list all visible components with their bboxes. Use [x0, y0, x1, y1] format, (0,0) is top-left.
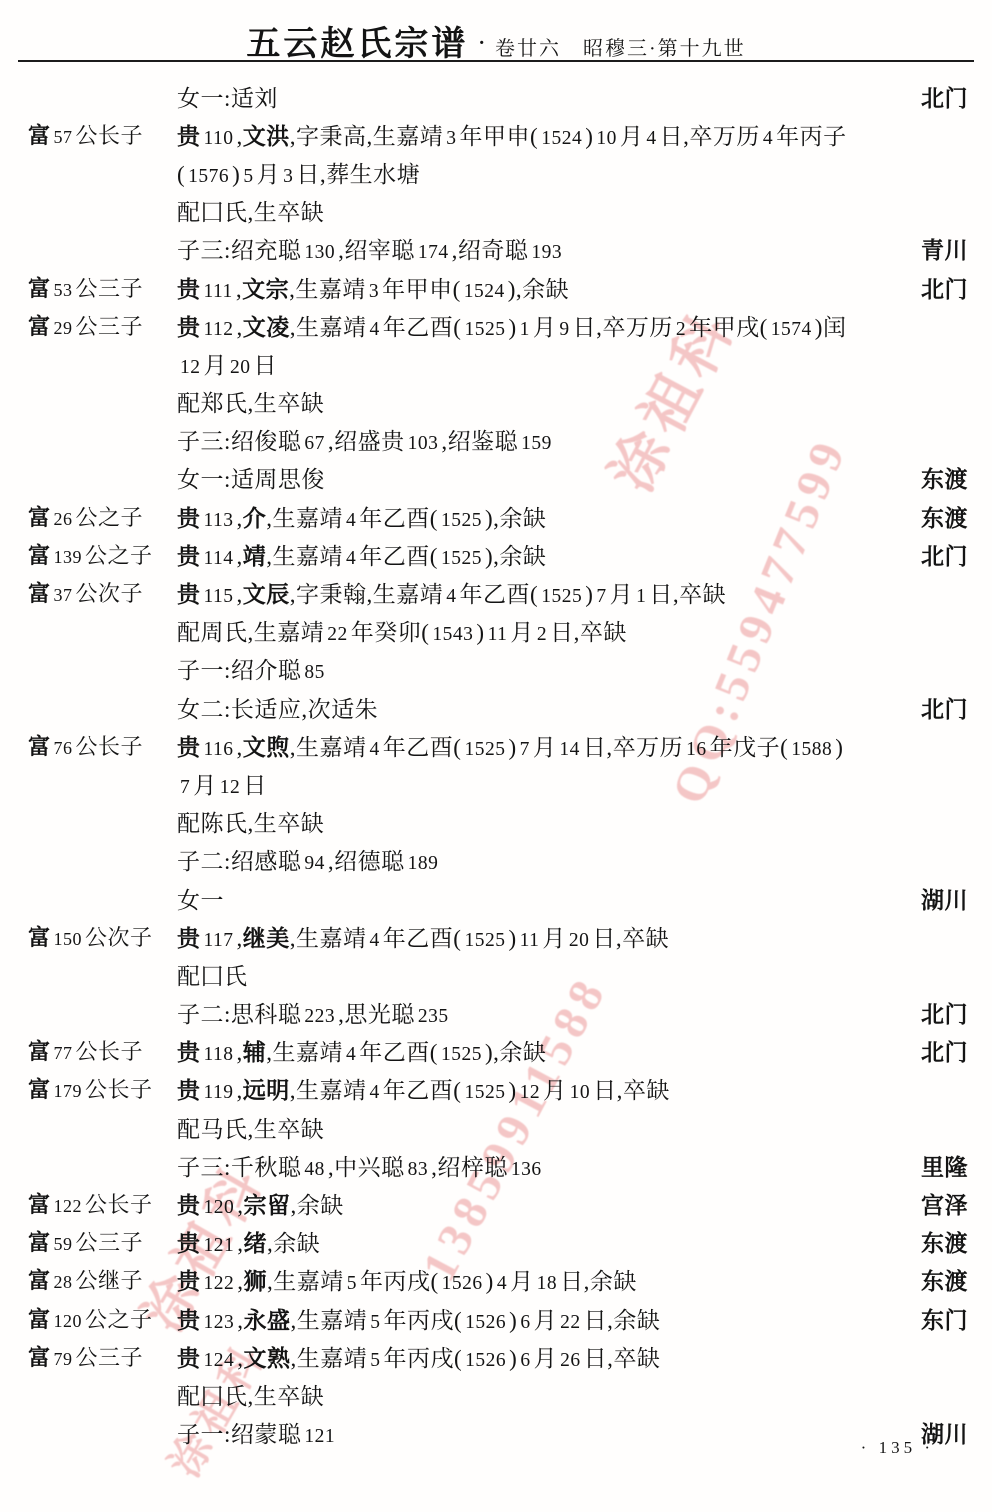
- entry-text: 贵119,远明,生嘉靖4年乙酉(1525)12月10日,卒缺: [177, 1072, 900, 1105]
- text-segment: 继美: [243, 926, 290, 951]
- text-segment: ),余缺: [485, 544, 546, 569]
- numeral: 115: [204, 586, 234, 607]
- text-segment: 子二:绍感聪: [177, 849, 301, 874]
- numeral: 79: [54, 1349, 73, 1369]
- entry-label: 富77公长子: [0, 1035, 177, 1066]
- continuation-row: 女二:长适应,次适朱北门: [0, 688, 992, 726]
- text-segment: 配囗氏,生卒缺: [177, 200, 324, 225]
- numeral: 6: [520, 1350, 530, 1371]
- entry-text: 贵122,狮,生嘉靖5年丙戌(1526)4月18日,余缺: [177, 1263, 900, 1296]
- text-segment: ,生嘉靖: [291, 1346, 368, 1371]
- numeral: 1526: [442, 1273, 483, 1294]
- entry-text: 贵115,文辰,字秉翰,生嘉靖4年乙酉(1525)7月1日,卒缺: [177, 576, 900, 609]
- numeral: 1526: [465, 1350, 506, 1371]
- text-segment: 富: [28, 734, 51, 759]
- numeral: 1526: [465, 1312, 506, 1333]
- entry-text: 贵118,辅,生嘉靖4年乙酉(1525),余缺: [177, 1034, 900, 1067]
- entry-label: 富26公之子: [0, 501, 177, 532]
- text-segment: 女一: [177, 888, 224, 913]
- text-segment: ,字秉翰,生嘉靖: [290, 582, 444, 607]
- text-segment: ,生嘉靖: [266, 1040, 343, 1065]
- text-segment: 贵: [177, 1308, 201, 1333]
- entry-text: 配郑氏,生卒缺: [177, 385, 900, 418]
- text-segment: 绪: [244, 1231, 268, 1256]
- text-segment: ,生嘉靖: [291, 1308, 368, 1333]
- text-segment: ): [585, 582, 593, 607]
- text-segment: 日,卒万历: [573, 315, 673, 340]
- entry-text: 贵114,靖,生嘉靖4年乙酉(1525),余缺: [177, 538, 900, 571]
- text-segment: 年丙戌(: [360, 1269, 439, 1294]
- numeral: 1: [636, 586, 646, 607]
- page-header: 五云赵氏宗谱 · 卷廿六 昭穆三·第十九世: [0, 16, 992, 65]
- text-segment: 日,卒万历: [583, 735, 683, 760]
- text-segment: 贵: [177, 506, 201, 531]
- text-segment: 月: [510, 620, 534, 645]
- text-segment: 贵: [177, 315, 201, 340]
- numeral: 235: [418, 1006, 449, 1027]
- text-segment: 富: [28, 1192, 51, 1217]
- entry-text: 贵110,文洪,字秉高,生嘉靖3年甲申(1524)10月4日,卒万历4年丙子: [177, 118, 900, 151]
- continuation-row: 子三:千秋聪48,中兴聪83,绍梓聪136里隆: [0, 1146, 992, 1184]
- numeral: 11: [488, 624, 508, 645]
- entry-text: 贵116,文煦,生嘉靖4年乙酉(1525)7月14日,卒万历16年戊子(1588…: [177, 729, 900, 762]
- genealogy-list: 女一:适刘北门富57公长子贵110,文洪,字秉高,生嘉靖3年甲申(1524)10…: [0, 77, 992, 1452]
- numeral: 174: [418, 242, 449, 263]
- entry-text: 贵121,绪,余缺: [177, 1225, 900, 1258]
- entry-row: 富122公长子贵120,宗留,余缺宫泽: [0, 1184, 992, 1222]
- text-segment: 公长子: [76, 123, 144, 148]
- text-segment: 宗留: [244, 1193, 291, 1218]
- continuation-row: 配囗氏,生卒缺: [0, 192, 992, 230]
- text-segment: ,生嘉靖: [290, 735, 367, 760]
- text-segment: ,绍奇聪: [452, 238, 529, 263]
- numeral: 4: [370, 739, 380, 760]
- entry-text: 女一:适刘: [177, 80, 900, 113]
- text-segment: 公之子: [85, 543, 153, 568]
- entry-label: 富122公长子: [0, 1188, 177, 1219]
- text-segment: ): [585, 124, 593, 149]
- text-segment: ,绍盛贵: [328, 429, 405, 454]
- numeral: 12: [520, 1082, 541, 1103]
- entry-text: 女二:长适应,次适朱: [177, 691, 900, 724]
- text-segment: 公长子: [85, 1192, 153, 1217]
- text-segment: 日,卒缺: [649, 582, 726, 607]
- branch-tag: 青川: [900, 232, 992, 265]
- numeral: 26: [54, 509, 73, 529]
- header-divider: [18, 60, 974, 62]
- entry-label: 富76公长子: [0, 730, 177, 761]
- numeral: 1525: [441, 1044, 482, 1065]
- branch-tag: 东渡: [900, 500, 992, 533]
- numeral: 103: [408, 433, 439, 454]
- entry-row: 富76公长子贵116,文煦,生嘉靖4年乙酉(1525)7月14日,卒万历16年戊…: [0, 726, 992, 764]
- entry-text: 贵124,文熟,生嘉靖5年丙戌(1526)6月26日,卒缺: [177, 1340, 900, 1373]
- numeral: 122: [54, 1196, 83, 1216]
- entry-text: 贵117,继美,生嘉靖4年乙酉(1525)11月20日,卒缺: [177, 920, 900, 953]
- text-segment: 富: [28, 1345, 51, 1370]
- numeral: 26: [560, 1350, 581, 1371]
- numeral: 120: [204, 1197, 235, 1218]
- text-segment: 月: [204, 353, 228, 378]
- numeral: 110: [204, 128, 234, 149]
- text-segment: 女一:适周思俊: [177, 467, 325, 492]
- text-segment: ,思光聪: [338, 1002, 415, 1027]
- numeral: 7: [520, 739, 530, 760]
- text-segment: 贵: [177, 544, 201, 569]
- text-segment: 配陈氏,生卒缺: [177, 811, 324, 836]
- continuation-row: 女一:适刘北门: [0, 77, 992, 115]
- text-segment: 月: [542, 926, 566, 951]
- numeral: 139: [54, 547, 83, 567]
- numeral: 4: [370, 319, 380, 340]
- entry-row: 富53公三子贵111,文宗,生嘉靖3年甲申(1524),余缺北门: [0, 268, 992, 306]
- numeral: 77: [54, 1043, 73, 1063]
- text-segment: 文宗: [242, 277, 289, 302]
- numeral: 48: [304, 1159, 325, 1180]
- text-segment: 年甲申(: [460, 124, 539, 149]
- entry-label: 富120公之子: [0, 1303, 177, 1334]
- text-segment: ,生嘉靖: [267, 1269, 344, 1294]
- text-segment: 配马氏,生卒缺: [177, 1117, 324, 1142]
- numeral: 4: [346, 510, 356, 531]
- text-segment: 月: [193, 773, 217, 798]
- numeral: 124: [204, 1350, 235, 1371]
- numeral: 3: [369, 281, 379, 302]
- text-segment: 贵: [177, 926, 201, 951]
- numeral: 1576: [188, 166, 229, 187]
- text-segment: 日: [243, 773, 267, 798]
- numeral: 16: [686, 739, 707, 760]
- entry-text: 子二:思科聪223,思光聪235: [177, 996, 900, 1029]
- numeral: 5: [370, 1312, 380, 1333]
- branch-tag: 里隆: [900, 1149, 992, 1182]
- text-segment: ): [486, 1269, 494, 1294]
- text-segment: 公三子: [76, 314, 144, 339]
- text-segment: 日,卒万历: [660, 124, 760, 149]
- numeral: 85: [304, 662, 325, 683]
- branch-tag: 北门: [900, 80, 992, 113]
- entry-label: 富139公之子: [0, 539, 177, 570]
- numeral: 3: [446, 128, 456, 149]
- text-segment: 年丙戌(: [384, 1308, 463, 1333]
- text-segment: 年乙酉(: [383, 1078, 462, 1103]
- text-segment: 靖: [243, 544, 267, 569]
- text-segment: 贵: [177, 1193, 201, 1218]
- numeral: 2: [537, 624, 547, 645]
- entry-label: 富53公三子: [0, 272, 177, 303]
- numeral: 59: [54, 1234, 73, 1254]
- branch-tag: 宫泽: [900, 1187, 992, 1220]
- numeral: 113: [204, 510, 234, 531]
- text-segment: ,字秉高,生嘉靖: [290, 124, 444, 149]
- text-segment: 文凌: [243, 315, 290, 340]
- text-segment: 富: [28, 1268, 51, 1293]
- numeral: 4: [763, 128, 773, 149]
- entry-text: 子一:绍蒙聪121: [177, 1416, 900, 1449]
- text-segment: 富: [28, 314, 51, 339]
- text-segment: ,绍宰聪: [338, 238, 415, 263]
- numeral: 118: [204, 1044, 234, 1065]
- text-segment: 日,卒缺: [592, 926, 669, 951]
- entry-text: 贵112,文凌,生嘉靖4年乙酉(1525)1月9日,卒万历2年甲戌(1574)闰: [177, 309, 900, 342]
- continuation-row: 7月12日: [0, 764, 992, 802]
- text-segment: 富: [28, 1077, 51, 1102]
- numeral: 1543: [432, 624, 473, 645]
- continuation-row: 子一:绍介聪85: [0, 650, 992, 688]
- text-segment: ,生嘉靖: [290, 315, 367, 340]
- text-segment: 公次子: [76, 581, 144, 606]
- entry-row: 富26公之子贵113,介,生嘉靖4年乙酉(1525),余缺东渡: [0, 497, 992, 535]
- text-segment: ,生嘉靖: [290, 926, 367, 951]
- numeral: 14: [559, 739, 580, 760]
- numeral: 150: [54, 929, 83, 949]
- text-segment: ): [508, 315, 516, 340]
- text-segment: 公继子: [76, 1268, 144, 1293]
- branch-tag: 东渡: [900, 1263, 992, 1296]
- text-segment: ): [509, 1346, 517, 1371]
- branch-tag: 北门: [900, 271, 992, 304]
- text-segment: 月: [543, 1078, 567, 1103]
- numeral: 4: [346, 548, 356, 569]
- numeral: 83: [408, 1159, 429, 1180]
- branch-tag: 北门: [900, 996, 992, 1029]
- text-segment: ),余缺: [485, 1040, 546, 1065]
- numeral: 2: [676, 319, 686, 340]
- entry-text: 配马氏,生卒缺: [177, 1111, 900, 1144]
- numeral: 1524: [541, 128, 582, 149]
- entry-text: 女一:适周思俊: [177, 461, 900, 494]
- text-segment: 年乙酉(: [383, 926, 462, 951]
- entry-row: 富28公继子贵122,狮,生嘉靖5年丙戌(1526)4月18日,余缺东渡: [0, 1261, 992, 1299]
- branch-tag: 北门: [900, 691, 992, 724]
- text-segment: 公三子: [76, 1345, 144, 1370]
- numeral: 4: [370, 930, 380, 951]
- text-segment: 女二:长适应,次适朱: [177, 697, 378, 722]
- entry-text: 子三:千秋聪48,中兴聪83,绍梓聪136: [177, 1149, 900, 1182]
- entry-label: 富59公三子: [0, 1226, 177, 1257]
- numeral: 22: [560, 1312, 581, 1333]
- entry-text: 子三:绍充聪130,绍宰聪174,绍奇聪193: [177, 232, 900, 265]
- numeral: 10: [596, 128, 617, 149]
- page-number: · 135 ·: [861, 1438, 934, 1458]
- text-segment: 富: [28, 276, 51, 301]
- text-segment: 月: [510, 1269, 534, 1294]
- text-segment: ,生嘉靖: [289, 277, 366, 302]
- text-segment: ): [232, 162, 240, 187]
- text-segment: 子一:绍蒙聪: [177, 1422, 301, 1447]
- entry-text: 贵123,永盛,生嘉靖5年丙戌(1526)6月22日,余缺: [177, 1302, 900, 1335]
- numeral: 10: [570, 1082, 591, 1103]
- text-segment: 年丙子: [776, 124, 847, 149]
- numeral: 117: [204, 930, 234, 951]
- text-segment: 月: [610, 582, 634, 607]
- entry-text: 12月20日: [177, 347, 900, 380]
- numeral: 193: [531, 242, 562, 263]
- text-segment: 富: [28, 925, 51, 950]
- numeral: 123: [204, 1312, 235, 1333]
- numeral: 29: [54, 318, 73, 338]
- text-segment: 富: [28, 1039, 51, 1064]
- numeral: 5: [370, 1350, 380, 1371]
- continuation-row: 子二:绍感聪94,绍德聪189: [0, 841, 992, 879]
- text-segment: 富: [28, 505, 51, 530]
- entry-label: 富79公三子: [0, 1341, 177, 1372]
- text-segment: 年乙酉(: [383, 315, 462, 340]
- entry-text: 配周氏,生嘉靖22年癸卯(1543)11月2日,卒缺: [177, 614, 900, 647]
- numeral: 189: [408, 853, 439, 874]
- numeral: 114: [204, 548, 234, 569]
- numeral: 3: [283, 166, 293, 187]
- entry-text: 7月12日: [177, 767, 900, 800]
- numeral: 11: [520, 930, 540, 951]
- numeral: 12: [220, 777, 241, 798]
- continuation-row: 12月20日: [0, 344, 992, 382]
- entry-label: 富37公次子: [0, 577, 177, 608]
- entry-text: 配陈氏,生卒缺: [177, 805, 900, 838]
- text-segment: 子三:千秋聪: [177, 1155, 301, 1180]
- text-segment: 富: [28, 1230, 51, 1255]
- text-segment: 日,葬生水塘: [296, 162, 420, 187]
- entry-label: 富150公次子: [0, 921, 177, 952]
- continuation-row: 配囗氏: [0, 955, 992, 993]
- numeral: 1524: [464, 281, 505, 302]
- numeral: 12: [180, 357, 201, 378]
- numeral: 20: [230, 357, 251, 378]
- text-segment: 贵: [177, 124, 201, 149]
- numeral: 94: [304, 853, 325, 874]
- numeral: 1525: [441, 548, 482, 569]
- entry-row: 富150公次子贵117,继美,生嘉靖4年乙酉(1525)11月20日,卒缺: [0, 917, 992, 955]
- entry-text: 子三:绍俊聪67,绍盛贵103,绍鉴聪159: [177, 423, 900, 456]
- numeral: 130: [304, 242, 335, 263]
- text-segment: 狮: [244, 1269, 268, 1294]
- volume-subtitle: 卷廿六 昭穆三·第十九世: [495, 32, 746, 61]
- continuation-row: 女一湖川: [0, 879, 992, 917]
- entry-text: (1576)5月3日,葬生水塘: [177, 156, 900, 189]
- numeral: 111: [204, 281, 233, 302]
- text-segment: 女一:适刘: [177, 86, 278, 111]
- text-segment: 年甲申(: [382, 277, 461, 302]
- numeral: 1525: [464, 319, 505, 340]
- numeral: 1525: [441, 510, 482, 531]
- text-segment: ): [508, 1078, 516, 1103]
- numeral: 7: [180, 777, 190, 798]
- text-segment: 贵: [177, 1078, 201, 1103]
- text-segment: 富: [28, 543, 51, 568]
- numeral: 1525: [464, 739, 505, 760]
- title-separator-dot: ·: [478, 32, 485, 55]
- entry-label: 富57公长子: [0, 119, 177, 150]
- text-segment: 年甲戌(: [689, 315, 768, 340]
- entry-row: 富120公之子贵123,永盛,生嘉靖5年丙戌(1526)6月22日,余缺东门: [0, 1299, 992, 1337]
- text-segment: 公三子: [76, 276, 144, 301]
- text-segment: 日,卒缺: [593, 1078, 670, 1103]
- numeral: 7: [596, 586, 606, 607]
- text-segment: 贵: [177, 1346, 201, 1371]
- text-segment: ,绍德聪: [328, 849, 405, 874]
- numeral: 76: [54, 738, 73, 758]
- numeral: 1525: [464, 1082, 505, 1103]
- numeral: 9: [559, 319, 569, 340]
- text-segment: 日: [254, 353, 278, 378]
- text-segment: 配囗氏: [177, 964, 248, 989]
- text-segment: 贵: [177, 1231, 201, 1256]
- text-segment: 日,余缺: [584, 1308, 661, 1333]
- book-title: 五云赵氏宗谱: [246, 16, 468, 65]
- text-segment: 年乙酉(: [460, 582, 539, 607]
- text-segment: 公次子: [85, 925, 153, 950]
- text-segment: 年乙酉(: [359, 506, 438, 531]
- numeral: 6: [520, 1312, 530, 1333]
- continuation-row: 子三:绍充聪130,绍宰聪174,绍奇聪193青川: [0, 230, 992, 268]
- continuation-row: 子一:绍蒙聪121湖川: [0, 1414, 992, 1452]
- text-segment: 永盛: [244, 1308, 291, 1333]
- numeral: 22: [327, 624, 348, 645]
- text-segment: 富: [28, 123, 51, 148]
- entry-text: 贵120,宗留,余缺: [177, 1187, 900, 1220]
- text-segment: 辅: [243, 1040, 267, 1065]
- entry-row: 富29公三子贵112,文凌,生嘉靖4年乙酉(1525)1月9日,卒万历2年甲戌(…: [0, 306, 992, 344]
- text-segment: 介: [243, 506, 267, 531]
- continuation-row: (1576)5月3日,葬生水塘: [0, 153, 992, 191]
- entry-label: 富29公三子: [0, 310, 177, 341]
- text-segment: ,余缺: [267, 1231, 320, 1256]
- text-segment: ): [508, 735, 516, 760]
- numeral: 1525: [541, 586, 582, 607]
- entry-text: 子一:绍介聪85: [177, 652, 900, 685]
- text-segment: 贵: [177, 277, 201, 302]
- text-segment: 日,卒缺: [550, 620, 627, 645]
- text-segment: 月: [534, 1308, 558, 1333]
- text-segment: 远明: [243, 1078, 290, 1103]
- entry-row: 富179公长子贵119,远明,生嘉靖4年乙酉(1525)12月10日,卒缺: [0, 1070, 992, 1108]
- text-segment: 贵: [177, 1040, 201, 1065]
- branch-tag: 北门: [900, 538, 992, 571]
- text-segment: 年戊子(: [710, 735, 789, 760]
- text-segment: 月: [620, 124, 644, 149]
- branch-tag: 东渡: [900, 461, 992, 494]
- text-segment: 日,余缺: [560, 1269, 637, 1294]
- text-segment: 公三子: [76, 1230, 144, 1255]
- text-segment: 文洪: [243, 124, 290, 149]
- text-segment: 年乙酉(: [383, 735, 462, 760]
- entry-row: 富59公三子贵121,绪,余缺东渡: [0, 1223, 992, 1261]
- text-segment: 日,卒缺: [584, 1346, 661, 1371]
- numeral: 5: [347, 1273, 357, 1294]
- entry-row: 富57公长子贵110,文洪,字秉高,生嘉靖3年甲申(1524)10月4日,卒万历…: [0, 115, 992, 153]
- continuation-row: 子二:思科聪223,思光聪235北门: [0, 994, 992, 1032]
- text-segment: ),余缺: [485, 506, 546, 531]
- entry-row: 富77公长子贵118,辅,生嘉靖4年乙酉(1525),余缺北门: [0, 1032, 992, 1070]
- continuation-row: 子三:绍俊聪67,绍盛贵103,绍鉴聪159: [0, 421, 992, 459]
- text-segment: ,生嘉靖: [266, 544, 343, 569]
- numeral: 121: [204, 1235, 235, 1256]
- entry-text: 配囗氏,生卒缺: [177, 1378, 900, 1411]
- text-segment: 月: [534, 1346, 558, 1371]
- text-segment: 公长子: [76, 734, 144, 759]
- text-segment: 贵: [177, 735, 201, 760]
- branch-tag: 北门: [900, 1034, 992, 1067]
- text-segment: 配囗氏,生卒缺: [177, 1384, 324, 1409]
- text-segment: 公之子: [85, 1307, 153, 1332]
- text-segment: 公长子: [76, 1039, 144, 1064]
- numeral: 1574: [771, 319, 812, 340]
- numeral: 57: [54, 127, 73, 147]
- numeral: 4: [646, 128, 656, 149]
- text-segment: 月: [533, 735, 557, 760]
- text-segment: ,生嘉靖: [290, 1078, 367, 1103]
- numeral: 4: [497, 1273, 507, 1294]
